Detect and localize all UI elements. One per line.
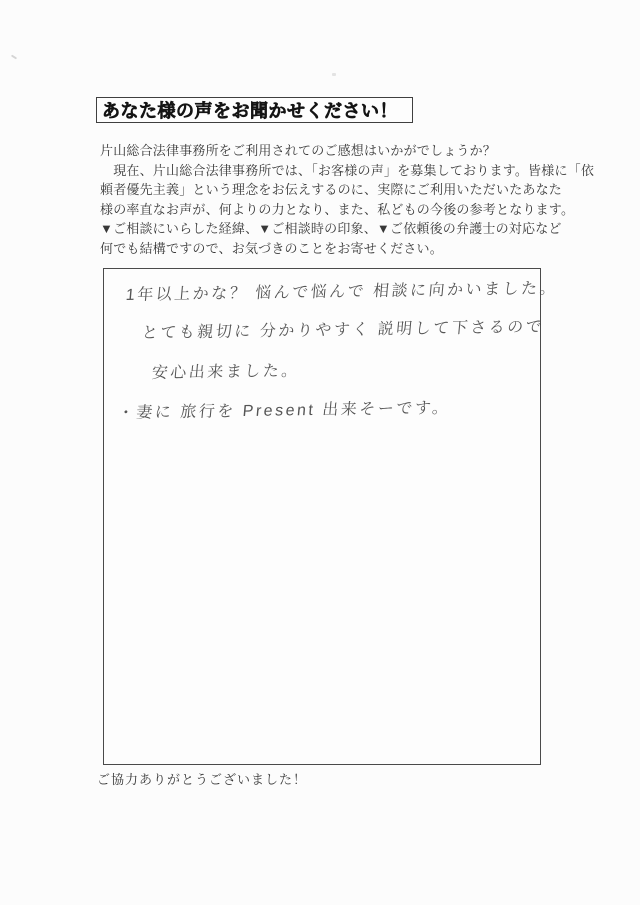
handwritten-comment-line: 1年以上かな？ 悩んで悩んで 相談に向かいました。 [125, 275, 559, 305]
scanned-feedback-sheet: あなた様の声をお聞かせください！ 片山総合法律事務所をご利用されてのご感想はいか… [0, 0, 640, 905]
handwritten-comment-line: ・妻に 旅行を Present 出来そーです。 [117, 395, 452, 423]
scan-speck [11, 55, 17, 60]
intro-line: 頼者優先主義」という理念をお伝えするのに、実際にご利用いただいたあなた [100, 180, 550, 200]
intro-line: 現在、片山総合法律事務所では、「お客様の声」を募集しております。皆様に「依 [100, 161, 550, 181]
intro-line: ▼ご相談にいらした経緯、▼ご相談時の印象、▼ご依頼後の弁護士の対応など [100, 219, 550, 239]
handwritten-comment-line: 安心出来ました。 [151, 358, 301, 383]
intro-line: 何でも結構ですので、お気づきのことをお寄せください。 [100, 239, 550, 259]
scan-speck [332, 73, 336, 76]
handwritten-comment-line: とても親切に 分かりやすく 説明して下さるので [141, 314, 545, 343]
intro-line: 様の率直なお声が、何よりの力となり、また、私どもの今後の参考となります。 [100, 200, 550, 220]
thanks-note: ご協力ありがとうございました！ [97, 769, 307, 788]
title-banner: あなた様の声をお聞かせください！ [96, 97, 413, 123]
handwritten-comment-box: 1年以上かな？ 悩んで悩んで 相談に向かいました。 とても親切に 分かりやすく … [103, 268, 541, 765]
intro-paragraph: 片山総合法律事務所をご利用されてのご感想はいかがでしょうか？ 現在、片山総合法律… [100, 141, 550, 258]
intro-line: 片山総合法律事務所をご利用されてのご感想はいかがでしょうか？ [100, 141, 550, 161]
page-title: あなた様の声をお聞かせください！ [102, 97, 398, 123]
